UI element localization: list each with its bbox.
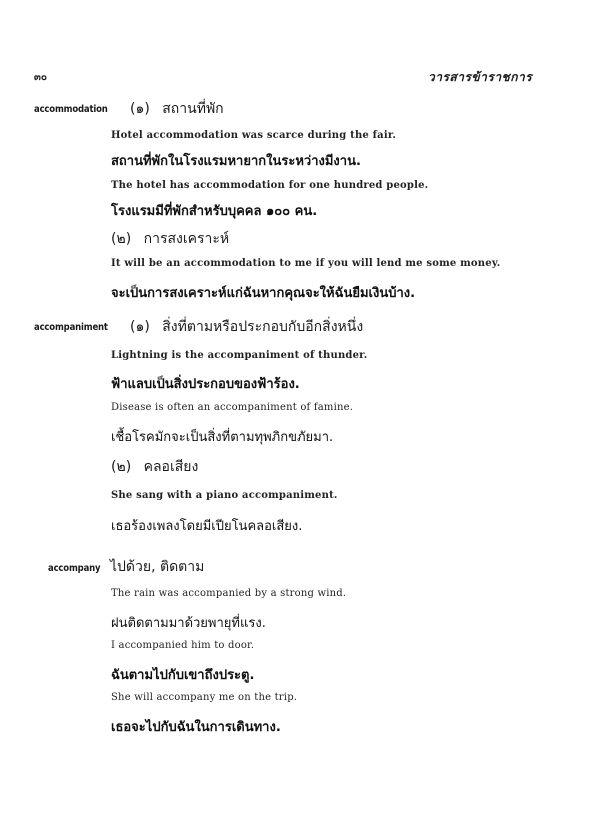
example-th: โรงแรมมีที่พักสำหรับบุคคล ๑๐๐ คน. (111, 200, 317, 221)
example-th: เธอร้องเพลงโดยมีเปียโนคลอเสียง. (111, 515, 302, 536)
headword: accommodation (34, 104, 108, 115)
headword: accompaniment (34, 322, 108, 333)
example-th: จะเป็นการสงเคราะห์แก่ฉันหากคุณจะให้ฉันยื… (111, 282, 415, 303)
example-th: ฝนติดตามมาด้วยพายุที่แรง. (111, 612, 266, 633)
sense-1: (๑) สิ่งที่ตามหรือประกอบกับอีกสิ่งหนึ่ง (130, 316, 363, 338)
example-en: Lightning is the accompaniment of thunde… (111, 350, 367, 361)
example-en: She will accompany me on the trip. (111, 692, 297, 703)
sense-number: (๒) (111, 231, 131, 247)
running-head: วารสารข้าราชการ (428, 68, 532, 87)
sense-2: (๒) การสงเคราะห์ (111, 228, 229, 250)
example-en: Disease is often an accompaniment of fam… (111, 402, 353, 413)
example-en: Hotel accommodation was scarce during th… (111, 130, 396, 141)
sense-meaning: สิ่งที่ตามหรือประกอบกับอีกสิ่งหนึ่ง (162, 319, 363, 335)
example-en: The rain was accompanied by a strong win… (111, 588, 346, 599)
sense-meaning: ไปด้วย, ติดตาม (110, 556, 204, 578)
example-en: It will be an accommodation to me if you… (111, 258, 500, 269)
sense-meaning: การสงเคราะห์ (144, 231, 230, 247)
sense-2: (๒) คลอเสียง (111, 456, 198, 478)
example-en: She sang with a piano accompaniment. (111, 490, 338, 501)
example-en: I accompanied him to door. (111, 640, 254, 651)
example-th: เธอจะไปกับฉันในการเดินทาง. (111, 716, 281, 737)
example-th: ฟ้าแลบเป็นสิ่งประกอบของฟ้าร้อง. (111, 373, 300, 394)
example-th: เชื้อโรคมักจะเป็นสิ่งที่ตามทุพภิกขภัยมา. (111, 426, 333, 447)
sense-number: (๑) (130, 101, 150, 117)
sense-1: (๑) สถานที่พัก (130, 98, 224, 120)
sense-meaning: คลอเสียง (144, 459, 199, 475)
sense-meaning: สถานที่พัก (162, 101, 223, 117)
sense-number: (๑) (130, 319, 150, 335)
example-en: The hotel has accommodation for one hund… (111, 180, 428, 191)
sense-number: (๒) (111, 459, 131, 475)
example-th: สถานที่พักในโรงแรมหายากในระหว่างมีงาน. (111, 150, 361, 171)
headword: accompany (48, 563, 100, 574)
example-th: ฉันตามไปกับเขาถึงประตู. (111, 664, 254, 685)
page-number: ๓๐ (34, 70, 47, 85)
